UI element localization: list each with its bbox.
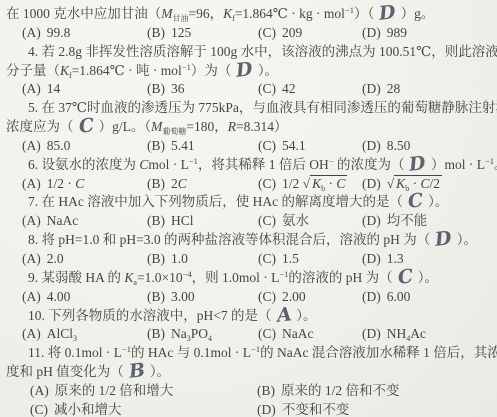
question-list: 在 1000 克水中应加甘油（M甘油=96，Kf=1.864℃ · kg · m… [0, 5, 497, 417]
text-segment: 1.0 [171, 251, 188, 266]
handwritten-answer: C [78, 120, 94, 132]
option-label: (D) [362, 138, 381, 153]
option-item-C: (C)42 [258, 80, 362, 99]
option-label: (D) [362, 213, 381, 228]
option-label: (A) [22, 25, 41, 40]
text-segment: 5.41 [171, 138, 195, 153]
text-segment: 85.0 [47, 138, 71, 153]
option-item-C: (C)减小和增大 [30, 401, 257, 417]
text-segment: 2.0 [47, 251, 64, 266]
text-segment: 减小和增大 [54, 402, 122, 417]
text-line: 8. 将 pH=1.0 和 pH=3.0 的两种盐溶液等体积混合后，溶液的 pH… [0, 231, 497, 250]
option-label: (C) [258, 176, 276, 191]
text-line: 6. 设氨水的浓度为 Cmol · L−1，将其稀释 1 倍后 OH− 的浓度为… [0, 156, 497, 175]
text-segment: =8.314） [236, 119, 288, 134]
text-segment: ）。 [258, 63, 278, 78]
text-segment: 1/2 · [47, 176, 76, 191]
text-segment: ）g/L。（ [99, 119, 152, 134]
text-segment: · [409, 176, 420, 191]
option-label: (A) [22, 251, 41, 266]
option-item-A: (A)99.8 [22, 24, 147, 43]
text-segment: 2 [171, 176, 178, 191]
text-segment: 9. 某弱酸 HA 的 [28, 270, 124, 285]
option-item-A: (A)AlCl3 [22, 325, 147, 344]
option-item-D: (D)不变和不变 [257, 401, 349, 417]
option-label: (C) [258, 251, 276, 266]
text-segment: NH [387, 326, 407, 341]
text-segment: ）（ [354, 6, 374, 21]
text-segment: =96， [189, 6, 224, 21]
options-row: (A)原来的 1/2 倍和增大(B)原来的 1/2 倍和不变 [0, 382, 497, 401]
text-segment: 的浓度为（ [334, 157, 405, 172]
text-segment: AlCl [47, 326, 73, 341]
text-segment: ，则 1.0mol · L [192, 270, 280, 285]
option-label: (B) [147, 25, 165, 40]
text-segment: =1.864℃ · 吨 · mol [72, 63, 182, 78]
text-segment: =1.864℃ · kg · mol [235, 6, 345, 21]
text-line: 分子量（Kf=1.864℃ · 吨 · mol−1）为（D）。 [0, 62, 497, 81]
text-segment: 8.50 [387, 138, 411, 153]
text-segment: Ac [410, 326, 426, 341]
option-label: (A) [22, 176, 41, 191]
text-segment: ）。 [296, 308, 316, 323]
handwritten-answer: A [276, 309, 292, 320]
text-segment: ）。 [457, 232, 477, 247]
option-item-B: (B)3.00 [147, 288, 258, 307]
text-segment: HCl [171, 213, 194, 228]
variable: C [75, 176, 84, 191]
option-item-B: (B)5.41 [147, 137, 258, 156]
text-segment: 1/2 [282, 176, 303, 191]
option-item-B: (B)Na3PO4 [147, 325, 258, 344]
subscript: 甘油 [173, 14, 189, 23]
text-segment: · [325, 176, 336, 191]
text-segment: 11. 将 0.1mol · L [28, 345, 122, 360]
options-row: (A)1/2 · C(B)2C(C)1/2 Kb · C(D)Kb · C/2 [0, 175, 497, 194]
text-segment: 6. 设氨水的浓度为 [28, 157, 139, 172]
superscript: −1 [122, 344, 131, 354]
superscript: −4 [183, 269, 192, 279]
option-item-A: (A)2.0 [22, 250, 147, 269]
handwritten-answer: D [435, 233, 452, 245]
text-segment: 125 [171, 25, 191, 40]
option-item-D: (D)8.50 [362, 137, 410, 156]
option-label: (B) [257, 383, 275, 398]
text-line: 浓度应为（C）g/L。（M葡萄糖=180，R=8.314） [0, 118, 497, 137]
text-segment: 原来的 1/2 倍和不变 [281, 383, 400, 398]
option-label: (D) [362, 81, 381, 96]
text-segment: 在 1000 克水中应加甘油（ [6, 6, 161, 21]
text-segment: 1.3 [387, 251, 404, 266]
option-label: (B) [147, 289, 165, 304]
variable: R [228, 119, 236, 134]
option-item-D: (D)均不能 [362, 212, 427, 231]
option-label: (C) [258, 326, 276, 341]
text-segment: =180， [186, 119, 227, 134]
text-segment: 均不能 [387, 213, 428, 228]
text-line: 5. 在 37℃时血液的渗透压为 775kPa，与血液具有相同渗透压的葡萄糖静脉… [0, 99, 497, 118]
option-item-B: (B)原来的 1/2 倍和不变 [257, 382, 400, 401]
text-segment: 1.5 [282, 251, 299, 266]
variable: K [312, 176, 321, 191]
text-segment: 8. 将 pH=1.0 和 pH=3.0 的两种盐溶液等体积混合后，溶液的 pH… [28, 232, 430, 247]
text-segment: 度和 pH 值变化为（ [6, 364, 124, 379]
handwritten-answer: D [236, 64, 253, 76]
option-item-D: (D)6.00 [362, 288, 410, 307]
text-segment: 42 [282, 81, 296, 96]
option-item-B: (B)1.0 [147, 250, 258, 269]
text-segment: ）mol · L [431, 157, 485, 172]
option-item-A: (A)原来的 1/2 倍和增大 [30, 382, 257, 401]
text-segment: 4.00 [47, 289, 71, 304]
text-segment: =1.0×10 [137, 270, 183, 285]
text-segment: 99.8 [47, 25, 71, 40]
superscript: −1 [189, 156, 198, 166]
text-line: 在 1000 克水中应加甘油（M甘油=96，Kf=1.864℃ · kg · m… [0, 5, 497, 24]
variable: K [223, 6, 232, 21]
text-segment: 的溶液的 pH 为（ [288, 270, 392, 285]
handwritten-answer: D [379, 7, 396, 19]
text-segment: ）g。 [401, 6, 435, 21]
text-segment: 5. 在 37℃时血液的渗透压为 775kPa，与血液具有相同渗透压的葡萄糖静脉… [28, 100, 497, 115]
options-row: (A)4.00(B)3.00(C)2.00(D)6.00 [0, 288, 497, 307]
handwritten-answer: C [408, 196, 424, 208]
text-segment: NaAc [282, 326, 313, 341]
variable: K [60, 63, 69, 78]
text-segment: 209 [282, 25, 302, 40]
text-segment: 分子量（ [6, 63, 60, 78]
option-item-D: (D)Kb · C/2 [362, 175, 442, 194]
option-label: (D) [362, 251, 381, 266]
handwritten-answer: D [409, 158, 426, 170]
text-segment: ）。 [428, 194, 448, 209]
option-label: (C) [258, 81, 276, 96]
radical-expression: Kb · C [303, 175, 348, 194]
option-item-D: (D)28 [362, 80, 400, 99]
text-segment: 6.00 [387, 289, 411, 304]
text-line: 7. 在 HAc 溶液中加入下列物质后，使 HAc 的解离度增大的是（C）。 [0, 193, 497, 212]
option-item-C: (C)2.00 [258, 288, 362, 307]
variable: C [178, 176, 187, 191]
text-segment: 的 NaAc 混合溶液加水稀释 1 倍后，其浓 [260, 345, 497, 360]
option-item-B: (B)125 [147, 24, 258, 43]
variable: M [161, 6, 172, 21]
option-item-B: (B)2C [147, 175, 258, 194]
superscript: −1 [345, 5, 354, 15]
text-segment: PO [191, 326, 208, 341]
text-segment: 氨水 [282, 213, 309, 228]
superscript: −1 [485, 156, 494, 166]
option-label: (A) [22, 138, 41, 153]
exam-page: 在 1000 克水中应加甘油（M甘油=96，Kf=1.864℃ · kg · m… [0, 0, 497, 417]
text-segment: 36 [171, 81, 185, 96]
text-segment: NaAc [47, 213, 78, 228]
text-segment: mol · L [148, 157, 189, 172]
variable: M [151, 119, 162, 134]
superscript: −1 [251, 344, 260, 354]
option-item-C: (C)1/2 Kb · C [258, 175, 362, 194]
option-label: (B) [147, 213, 165, 228]
option-item-B: (B)HCl [147, 212, 258, 231]
text-segment: 的 HAc 与 0.1mol · L [131, 345, 251, 360]
text-segment: 10. 下列各物质的水溶液中，pH<7 的是（ [28, 308, 272, 323]
option-label: (D) [362, 326, 381, 341]
option-label: (C) [258, 213, 276, 228]
text-segment: /2 [429, 176, 440, 191]
handwritten-answer: B [128, 365, 145, 377]
option-label: (B) [147, 176, 165, 191]
handwritten-answer: C [397, 271, 413, 283]
options-row: (A)99.8(B)125(C)209(D)989 [0, 24, 497, 43]
option-item-C: (C)209 [258, 24, 362, 43]
option-item-A: (A)1/2 · C [22, 175, 147, 194]
text-segment: 54.1 [282, 138, 306, 153]
option-label: (B) [147, 326, 165, 341]
text-segment: 2.00 [282, 289, 306, 304]
variable: C [336, 176, 345, 191]
radicand: Kb · C/2 [394, 175, 442, 191]
option-label: (D) [362, 289, 381, 304]
text-segment: 7. 在 HAc 溶液中加入下列物质后，使 HAc 的解离度增大的是（ [28, 194, 403, 209]
text-segment: 14 [47, 81, 61, 96]
text-segment: 28 [387, 81, 401, 96]
option-label: (A) [22, 213, 41, 228]
option-item-C: (C)54.1 [258, 137, 362, 156]
option-item-A: (A)14 [22, 80, 147, 99]
option-label: (A) [22, 81, 41, 96]
subscript: 3 [73, 334, 77, 343]
text-segment: 浓度应为（ [6, 119, 74, 134]
option-label: (C) [258, 25, 276, 40]
text-segment: 原来的 1/2 倍和增大 [55, 383, 174, 398]
text-segment: 3.00 [171, 289, 195, 304]
option-label: (D) [362, 25, 381, 40]
superscript: −1 [182, 62, 191, 72]
option-label: (A) [22, 289, 41, 304]
option-label: (C) [258, 289, 276, 304]
option-item-D: (D)989 [362, 24, 407, 43]
subscript: 4 [208, 334, 212, 343]
text-line: 10. 下列各物质的水溶液中，pH<7 的是（A）。 [0, 307, 497, 326]
text-segment: ）。 [418, 270, 438, 285]
option-label: (A) [22, 326, 41, 341]
option-item-C: (C)氨水 [258, 212, 362, 231]
option-item-C: (C)NaAc [258, 325, 362, 344]
option-item-A: (A)85.0 [22, 137, 147, 156]
text-line: 度和 pH 值变化为（B）。 [0, 363, 497, 382]
options-row: (A)AlCl3(B)Na3PO4(C)NaAc(D)NH4Ac [0, 325, 497, 344]
text-segment: Na [171, 326, 187, 341]
option-label: (B) [147, 138, 165, 153]
options-row: (A)NaAc(B)HCl(C)氨水(D)均不能 [0, 212, 497, 231]
option-item-B: (B)36 [147, 80, 258, 99]
text-line: 11. 将 0.1mol · L−1的 HAc 与 0.1mol · L−1的 … [0, 344, 497, 363]
option-item-A: (A)NaAc [22, 212, 147, 231]
option-label: (A) [30, 383, 49, 398]
radicand: Kb · C [310, 175, 347, 191]
option-item-C: (C)1.5 [258, 250, 362, 269]
text-segment: 不变和不变 [282, 402, 350, 417]
options-row: (A)2.0(B)1.0(C)1.5(D)1.3 [0, 250, 497, 269]
text-line: 9. 某弱酸 HA 的 Ka=1.0×10−4，则 1.0mol · L−1的溶… [0, 269, 497, 288]
option-label: (D) [257, 402, 276, 417]
options-row: (C)减小和增大(D)不变和不变 [0, 401, 497, 417]
text-segment: 989 [387, 25, 407, 40]
option-label: (B) [147, 81, 165, 96]
text-segment: 4. 若 2.8g 非挥发性溶质溶解于 100g 水中，该溶液的沸点为 100.… [28, 44, 497, 59]
option-item-D: (D)NH4Ac [362, 325, 426, 344]
option-label: (C) [258, 138, 276, 153]
subscript: 葡萄糖 [162, 127, 186, 136]
option-label: (C) [30, 402, 48, 417]
options-row: (A)14(B)36(C)42(D)28 [0, 80, 497, 99]
option-label: (D) [362, 176, 381, 191]
option-item-A: (A)4.00 [22, 288, 147, 307]
variable: K [396, 176, 405, 191]
text-segment: ，将其稀释 1 倍后 OH [198, 157, 329, 172]
text-segment: ）。 [150, 364, 170, 379]
text-segment: ）为（ [191, 63, 232, 78]
option-label: (B) [147, 251, 165, 266]
